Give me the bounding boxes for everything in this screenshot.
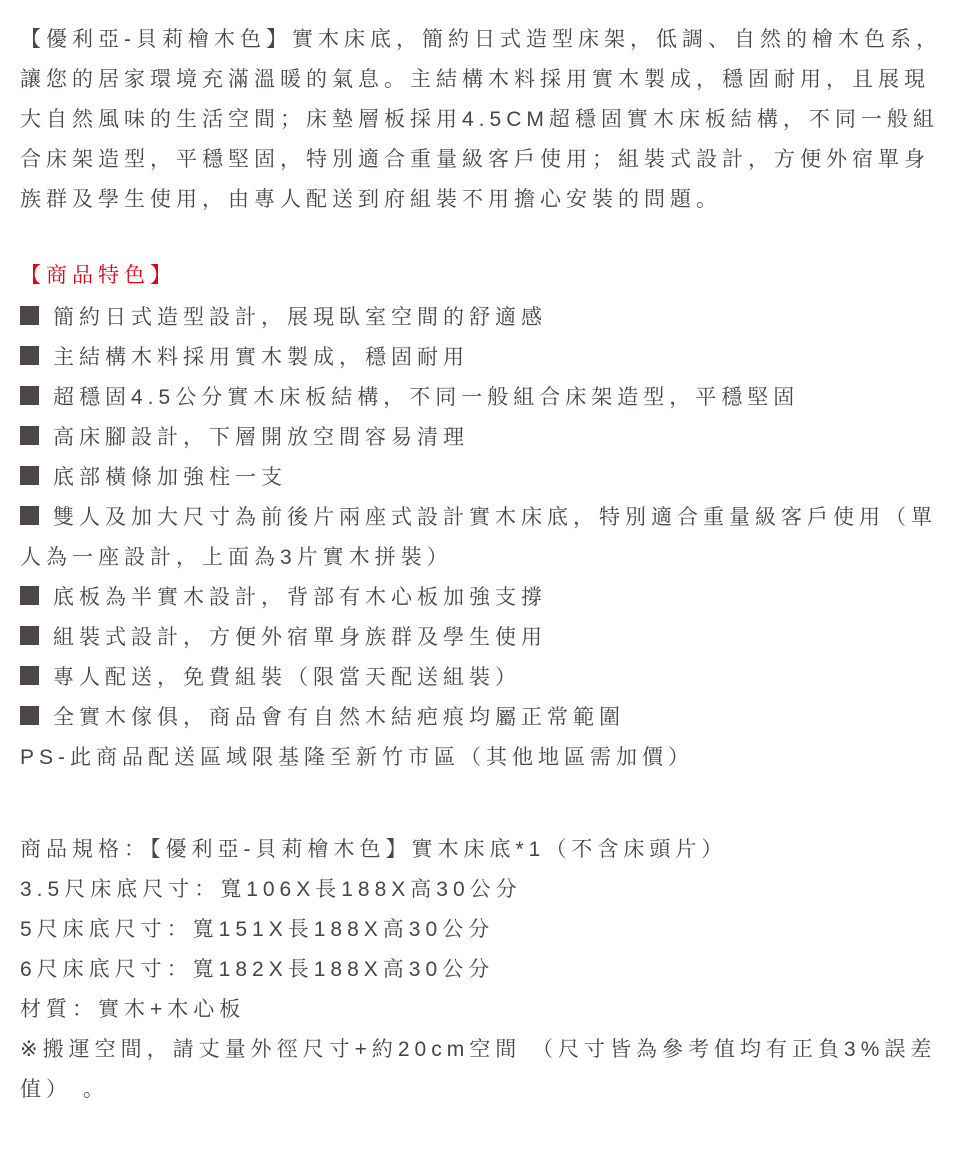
feature-item-text: 全實木傢俱，商品會有自然木結疤痕均屬正常範圍 [53, 706, 625, 729]
product-intro-paragraph: 【優利亞-貝莉檜木色】實木床底，簡約日式造型床架，低調、自然的檜木色系，讓您的居… [20, 20, 942, 220]
features-list: 簡約日式造型設計，展現臥室空間的舒適感 主結構木料採用實木製成，穩固耐用 超穩固… [20, 298, 942, 738]
feature-item: 底板為半實木設計，背部有木心板加強支撐 [20, 578, 942, 618]
feature-item: 主結構木料採用實木製成，穩固耐用 [20, 338, 942, 378]
square-bullet-icon [20, 426, 39, 445]
feature-item-text: 簡約日式造型設計，展現臥室空間的舒適感 [53, 306, 547, 329]
feature-item: 全實木傢俱，商品會有自然木結疤痕均屬正常範圍 [20, 698, 942, 738]
square-bullet-icon [20, 626, 39, 645]
feature-item: 簡約日式造型設計，展現臥室空間的舒適感 [20, 298, 942, 338]
spec-line-product-name: 商品規格：【優利亞-貝莉檜木色】實木床底*1（不含床頭片） [20, 830, 942, 870]
square-bullet-icon [20, 346, 39, 365]
square-bullet-icon [20, 586, 39, 605]
feature-item-text: 主結構木料採用實木製成，穩固耐用 [53, 346, 469, 369]
feature-item: 組裝式設計，方便外宿單身族群及學生使用 [20, 618, 942, 658]
feature-item: 雙人及加大尺寸為前後片兩座式設計實木床底，特別適合重量級客戶使用（單人為一座設計… [20, 498, 942, 578]
square-bullet-icon [20, 506, 39, 525]
square-bullet-icon [20, 306, 39, 325]
product-description-section: 【優利亞-貝莉檜木色】實木床底，簡約日式造型床架，低調、自然的檜木色系，讓您的居… [20, 20, 942, 1110]
features-heading: 【商品特色】 [20, 256, 942, 296]
feature-item-text: 雙人及加大尺寸為前後片兩座式設計實木床底，特別適合重量級客戶使用（單人為一座設計… [20, 506, 937, 569]
square-bullet-icon [20, 386, 39, 405]
square-bullet-icon [20, 666, 39, 685]
square-bullet-icon [20, 706, 39, 725]
feature-item: 專人配送，免費組裝（限當天配送組裝） [20, 658, 942, 698]
feature-item: 高床腳設計，下層開放空間容易清理 [20, 418, 942, 458]
spec-line-size-5: 5尺床底尺寸：寬151X長188X高30公分 [20, 910, 942, 950]
spec-line-moving-space-note: ※搬運空間，請丈量外徑尺寸+約20cm空間 （尺寸皆為參考值均有正負3%誤差值）… [20, 1030, 942, 1110]
feature-item-text: 專人配送，免費組裝（限當天配送組裝） [53, 666, 521, 689]
product-specs-block: 商品規格：【優利亞-貝莉檜木色】實木床底*1（不含床頭片） 3.5尺床底尺寸：寬… [20, 830, 942, 1110]
feature-item-text: 組裝式設計，方便外宿單身族群及學生使用 [53, 626, 547, 649]
feature-item-text: 高床腳設計，下層開放空間容易清理 [53, 426, 469, 449]
feature-item-text: 超穩固4.5公分實木床板結構，不同一般組合床架造型，平穩堅固 [53, 386, 799, 409]
spec-line-size-6: 6尺床底尺寸：寬182X長188X高30公分 [20, 950, 942, 990]
square-bullet-icon [20, 466, 39, 485]
feature-item: 底部橫條加強柱一支 [20, 458, 942, 498]
spec-line-size-3-5: 3.5尺床底尺寸：寬106X長188X高30公分 [20, 870, 942, 910]
spec-line-material: 材質：實木+木心板 [20, 990, 942, 1030]
feature-item-text: 底板為半實木設計，背部有木心板加強支撐 [53, 586, 547, 609]
delivery-area-ps-note: PS-此商品配送區域限基隆至新竹市區（其他地區需加價） [20, 738, 942, 778]
feature-item-text: 底部橫條加強柱一支 [53, 466, 287, 489]
feature-item: 超穩固4.5公分實木床板結構，不同一般組合床架造型，平穩堅固 [20, 378, 942, 418]
